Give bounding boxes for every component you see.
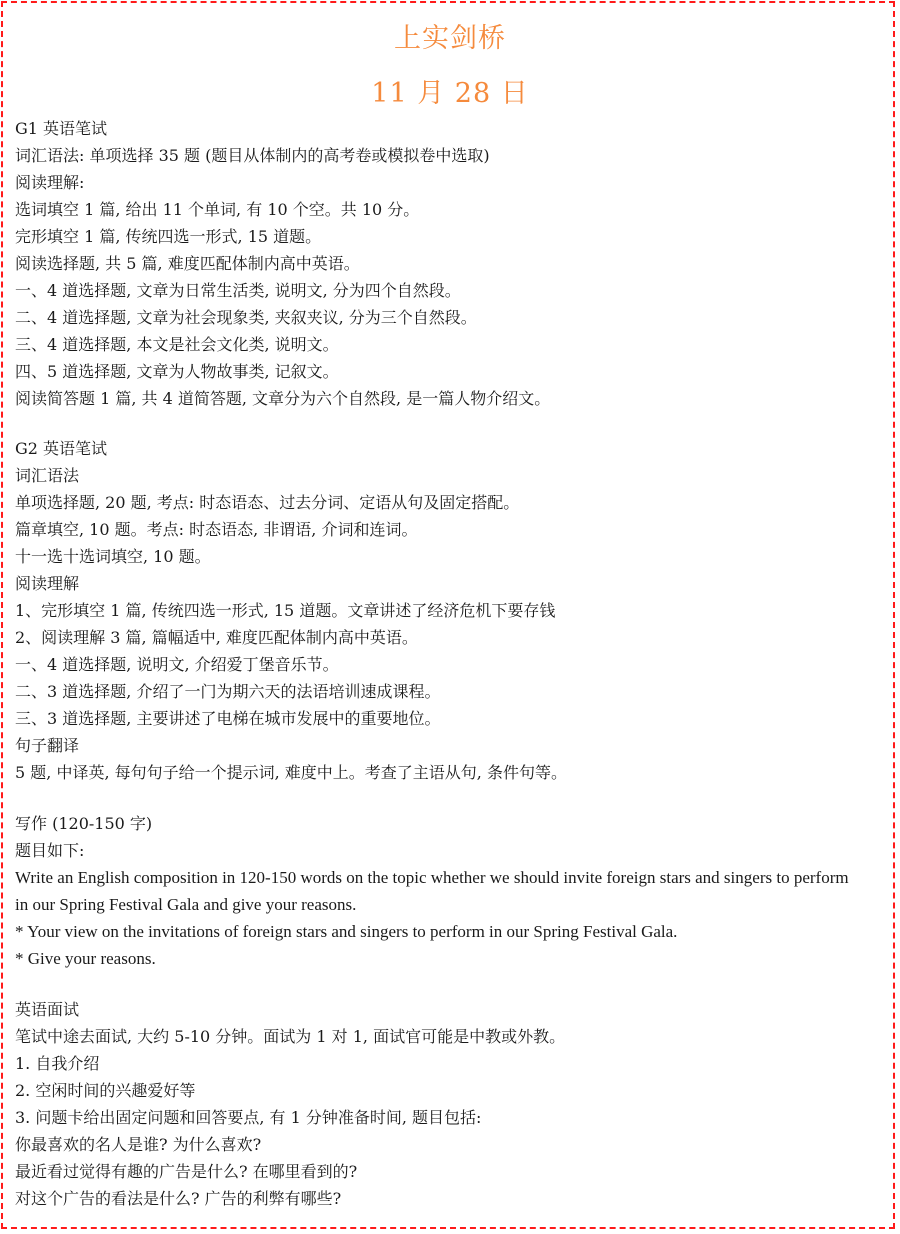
text-line: 3. 问题卡给出固定问题和回答要点, 有 1 分钟准备时间, 题目包括: — [15, 1108, 481, 1128]
text-line: 完形填空 1 篇, 传统四选一形式, 15 道题。 — [15, 227, 321, 247]
text-line: 1、完形填空 1 篇, 传统四选一形式, 15 道题。文章讲述了经济危机下要存钱 — [15, 601, 555, 621]
text-line: 三、4 道选择题, 本文是社会文化类, 说明文。 — [15, 335, 339, 355]
text-line: 二、3 道选择题, 介绍了一门为期六天的法语培训速成课程。 — [15, 682, 440, 702]
text-line: 三、3 道选择题, 主要讲述了电梯在城市发展中的重要地位。 — [15, 709, 440, 729]
text-line: 你最喜欢的名人是谁? 为什么喜欢? — [15, 1135, 261, 1155]
text-line: 单项选择题, 20 题, 考点: 时态语态、过去分词、定语从句及固定搭配。 — [15, 493, 519, 513]
text-line: 阅读简答题 1 篇, 共 4 道简答题, 文章分为六个自然段, 是一篇人物介绍文… — [15, 389, 550, 409]
text-line: 二、4 道选择题, 文章为社会现象类, 夹叙夹议, 分为三个自然段。 — [15, 308, 477, 328]
text-line: G2 英语笔试 — [15, 439, 107, 459]
text-line: 英语面试 — [15, 1000, 79, 1020]
text-line: 写作 (120-150 字) — [15, 814, 152, 834]
text-line: 1. 自我介绍 — [15, 1054, 99, 1074]
text-line: * Your view on the invitations of foreig… — [15, 922, 677, 942]
text-line: 选词填空 1 篇, 给出 11 个单词, 有 10 个空。共 10 分。 — [15, 200, 419, 220]
text-line: 笔试中途去面试, 大约 5-10 分钟。面试为 1 对 1, 面试官可能是中教或… — [15, 1027, 565, 1047]
text-line: 句子翻译 — [15, 736, 79, 756]
text-line: 2、阅读理解 3 篇, 篇幅适中, 难度匹配体制内高中英语。 — [15, 628, 418, 648]
text-line: 一、4 道选择题, 文章为日常生活类, 说明文, 分为四个自然段。 — [15, 281, 461, 301]
text-line: G1 英语笔试 — [15, 119, 107, 139]
text-line: 十一选十选词填空, 10 题。 — [15, 547, 211, 567]
text-line: * Give your reasons. — [15, 949, 156, 969]
text-line: 阅读理解: — [15, 173, 84, 193]
text-line: 词汇语法: 单项选择 35 题 (题目从体制内的高考卷或模拟卷中选取) — [15, 146, 490, 166]
text-line: 2. 空闲时间的兴趣爱好等 — [15, 1081, 195, 1101]
text-line: 一、4 道选择题, 说明文, 介绍爱丁堡音乐节。 — [15, 655, 339, 675]
document-title: 上实剑桥 — [15, 16, 885, 55]
text-line: 词汇语法 — [15, 466, 79, 486]
text-line: 5 题, 中译英, 每句句子给一个提示词, 难度中上。考查了主语从句, 条件句等… — [15, 763, 567, 783]
text-line: 四、5 道选择题, 文章为人物故事类, 记叙文。 — [15, 362, 339, 382]
text-line: 阅读理解 — [15, 574, 79, 594]
text-line: 篇章填空, 10 题。考点: 时态语态, 非谓语, 介词和连词。 — [15, 520, 417, 540]
text-line: 对这个广告的看法是什么? 广告的利弊有哪些? — [15, 1189, 341, 1209]
text-line: 阅读选择题, 共 5 篇, 难度匹配体制内高中英语。 — [15, 254, 360, 274]
text-line: Write an English composition in 120-150 … — [15, 868, 849, 888]
document-date: 11 月 28 日 — [15, 71, 885, 110]
text-line: 最近看过觉得有趣的广告是什么? 在哪里看到的? — [15, 1162, 357, 1182]
text-line: in our Spring Festival Gala and give you… — [15, 895, 356, 915]
text-line: 题目如下: — [15, 841, 84, 861]
